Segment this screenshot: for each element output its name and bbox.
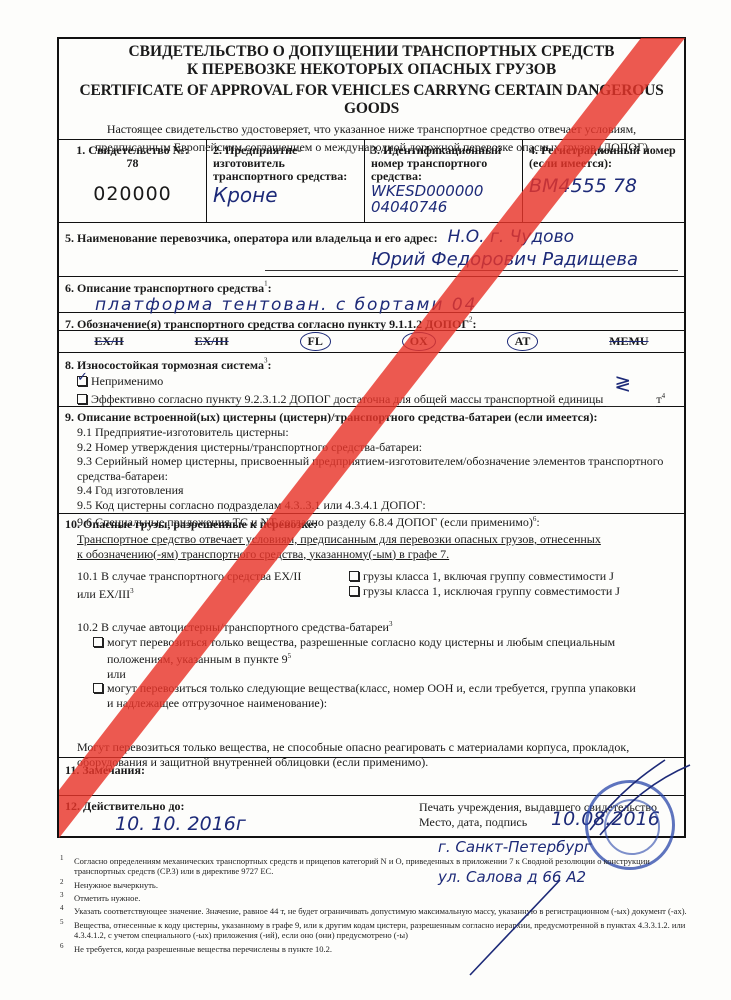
footnote-item: 3Отметить нужное. xyxy=(60,890,710,903)
field-10-1-line1: 10.1 В случае транспортного средства EX/… xyxy=(77,569,349,584)
field-3-value-line1[interactable]: WKESD000000 xyxy=(371,183,516,199)
field-5-value-line2[interactable]: Юрий Федорович Радищева xyxy=(265,249,678,271)
designation-memu[interactable]: MEMU xyxy=(609,334,648,349)
field-1-certificate-number: 1. Свидетельство №: 78 020000 xyxy=(59,140,207,222)
field-10-2-or: или xyxy=(65,667,678,682)
field-9-label: 9. Описание встроенной(ых) цистерны (цис… xyxy=(65,410,678,425)
designation-ex-ii[interactable]: EX/II xyxy=(94,334,123,349)
field-6-value[interactable]: платформа тентован. с бортами 04 xyxy=(65,297,678,314)
field-10-2-option2-line1: могут перевозиться только следующие веще… xyxy=(107,681,636,695)
field-1-value[interactable]: 020000 xyxy=(65,188,200,201)
field-9-item-3b: средства-батареи: xyxy=(65,469,678,484)
field-12-place-label: Место, дата, подпись xyxy=(419,815,527,830)
designation-ex-iii[interactable]: EX/III xyxy=(195,334,229,349)
field-10-2-option1[interactable]: могут перевозиться только вещества, разр… xyxy=(65,635,678,650)
field-10-1-option1-text: грузы класса 1, включая группу совместим… xyxy=(363,569,614,583)
field-8-brake-system: 8. Износостойкая тормозная система3: ✓Не… xyxy=(59,353,684,407)
designation-at[interactable]: AT xyxy=(507,332,539,351)
field-4-registration: 4. Регистрационный номер (если имеется):… xyxy=(523,140,684,222)
checkbox-icon[interactable] xyxy=(349,571,359,581)
field-3-value-line2[interactable]: 04040746 xyxy=(371,199,516,215)
field-10-1-option2[interactable]: грузы класса 1, исключая группу совмести… xyxy=(349,584,620,599)
field-7-designation-label: 7. Обозначение(я) транспортного средства… xyxy=(59,313,684,331)
fields-1-4: 1. Свидетельство №: 78 020000 2. Предпри… xyxy=(59,140,684,223)
certificate-header: СВИДЕТЕЛЬСТВО О ДОПУЩЕНИИ ТРАНСПОРТНЫХ С… xyxy=(59,39,684,140)
field-10-intro-line1: Транспортное средство отвечает условиям,… xyxy=(65,532,678,547)
field-10-1-section: 10.1 В случае транспортного средства EX/… xyxy=(65,569,678,601)
field-11-label: 11. Замечания: xyxy=(65,763,145,777)
field-3-label: 3. Идентификационный номер транспортного… xyxy=(371,144,516,183)
field-3-vin: 3. Идентификационный номер транспортного… xyxy=(365,140,523,222)
field-8-label: 8. Износостойкая тормозная система xyxy=(65,358,264,372)
field-9-item-3: 9.3 Серийный номер цистерны, присвоенный… xyxy=(65,454,678,469)
field-10-1-option1[interactable]: грузы класса 1, включая группу совместим… xyxy=(349,569,620,584)
field-2-label: 2. Предприятие-изготовитель транспортног… xyxy=(213,144,358,183)
field-8-unit-footnote: 4 xyxy=(662,392,666,400)
designation-fl[interactable]: FL xyxy=(300,332,331,351)
field-6-vehicle-description: 6. Описание транспортного средства1: пла… xyxy=(59,277,684,313)
checkbox-icon[interactable] xyxy=(93,637,103,647)
checkbox-checked-icon[interactable]: ✓ xyxy=(77,376,87,386)
field-5-carrier: 5. Наименование перевозчика, оператора и… xyxy=(59,223,684,277)
field-4-value[interactable]: ВМ4555 78 xyxy=(529,180,678,193)
field-7-designations: EX/IIEX/IIIFLOXATMEMU xyxy=(59,331,684,353)
field-8-option2-text: Эффективно согласно пункту 9.2.3.1.2 ДОП… xyxy=(91,392,603,406)
title-en: CERTIFICATE OF APPROVAL FOR VEHICLES CAR… xyxy=(59,82,684,118)
checkbox-icon[interactable] xyxy=(93,683,103,693)
footnote-item: 5Вещества, отнесенные к коду цистерны, у… xyxy=(60,917,710,930)
footnote-item: 4.3.4.1.2, с учетом специального (-ых) п… xyxy=(60,930,710,941)
subtitle-line1: Настоящее свидетельство удостоверяет, чт… xyxy=(59,122,684,136)
footnote-item: транспортных средств (СР.3) или в директ… xyxy=(60,866,710,877)
footnotes: 1Согласно определениям механических тран… xyxy=(60,853,710,954)
designation-ox[interactable]: OX xyxy=(402,332,436,351)
field-8-option-effective[interactable]: Эффективно согласно пункту 9.2.3.1.2 ДОП… xyxy=(65,389,678,408)
field-10-intro-line2: к обозначению(-ям) транспортного средств… xyxy=(65,547,678,562)
field-10-2-label: 10.2 В случае автоцистерны/транспортного… xyxy=(77,620,389,634)
scribble-mark-icon: ≷ xyxy=(614,376,631,391)
field-7-label: 7. Обозначение(я) транспортного средства… xyxy=(65,317,469,331)
field-6-label: 6. Описание транспортного средства xyxy=(65,281,264,295)
field-5-value-line1[interactable]: Н.О. г. Чудово xyxy=(448,227,574,247)
field-9-item-2: 9.2 Номер утверждения цистерны/транспорт… xyxy=(65,440,678,455)
field-10-2-option1-line1: могут перевозиться только вещества, разр… xyxy=(107,635,615,649)
checkbox-icon[interactable] xyxy=(349,586,359,596)
field-2-manufacturer: 2. Предприятие-изготовитель транспортног… xyxy=(207,140,365,222)
field-11-remarks: 11. Замечания: xyxy=(59,758,684,796)
field-10-2-option2[interactable]: могут перевозиться только следующие веще… xyxy=(65,681,678,696)
certificate-frame: СВИДЕТЕЛЬСТВО О ДОПУЩЕНИИ ТРАНСПОРТНЫХ С… xyxy=(57,37,686,838)
field-10-1-line2: или EX/III xyxy=(77,587,130,601)
field-8-option1-text: Неприменимо xyxy=(91,374,163,388)
footnote-item: 1Согласно определениям механических тран… xyxy=(60,853,710,866)
field-10-label: 10. Опасные грузы, разрешенные к перевоз… xyxy=(65,517,678,532)
footnote-item: 6Не требуется, когда разрешенные веществ… xyxy=(60,941,710,954)
field-4-label: 4. Регистрационный номер (если имеется): xyxy=(529,144,678,170)
field-10-2-option1-line2: положениям, указанным в пункте 9 xyxy=(107,652,288,666)
title-ru-line1: СВИДЕТЕЛЬСТВО О ДОПУЩЕНИИ ТРАНСПОРТНЫХ С… xyxy=(59,43,684,61)
field-10-dangerous-goods: 10. Опасные грузы, разрешенные к перевоз… xyxy=(59,514,684,758)
field-9-item-1: 9.1 Предприятие-изготовитель цистерны: xyxy=(65,425,678,440)
field-9-item-4: 9.4 Год изготовления xyxy=(65,483,678,498)
field-10-1-option2-text: грузы класса 1, исключая группу совмести… xyxy=(363,584,620,598)
field-9-item-5: 9.5 Код цистерны согласно подразделам 4.… xyxy=(65,498,678,513)
field-8-mass-value[interactable]: ≷ xyxy=(606,392,656,408)
field-9-tank-description: 9. Описание встроенной(ых) цистерны (цис… xyxy=(59,407,684,514)
certificate-page: СВИДЕТЕЛЬСТВО О ДОПУЩЕНИИ ТРАНСПОРТНЫХ С… xyxy=(0,0,731,1000)
field-5-label: 5. Наименование перевозчика, оператора и… xyxy=(65,231,438,245)
title-ru-line2: К ПЕРЕВОЗКЕ НЕКОТОРЫХ ОПАСНЫХ ГРУЗОВ xyxy=(59,61,684,79)
field-1-printed-number: 78 xyxy=(65,157,200,170)
field-8-option-not-applicable[interactable]: ✓Неприменимо xyxy=(65,374,678,389)
field-10-closing-line1: Могут перевозиться только вещества, не с… xyxy=(65,740,678,755)
checkbox-icon[interactable] xyxy=(77,394,87,404)
field-2-value[interactable]: Кроне xyxy=(213,189,358,202)
footnote-item: 2Ненужное вычеркнуть. xyxy=(60,877,710,890)
field-10-2-option2-line2: и надлежащее отгрузочное наименование): xyxy=(65,696,678,711)
footnote-item: 4Указать соответствующее значение. Значе… xyxy=(60,903,710,916)
